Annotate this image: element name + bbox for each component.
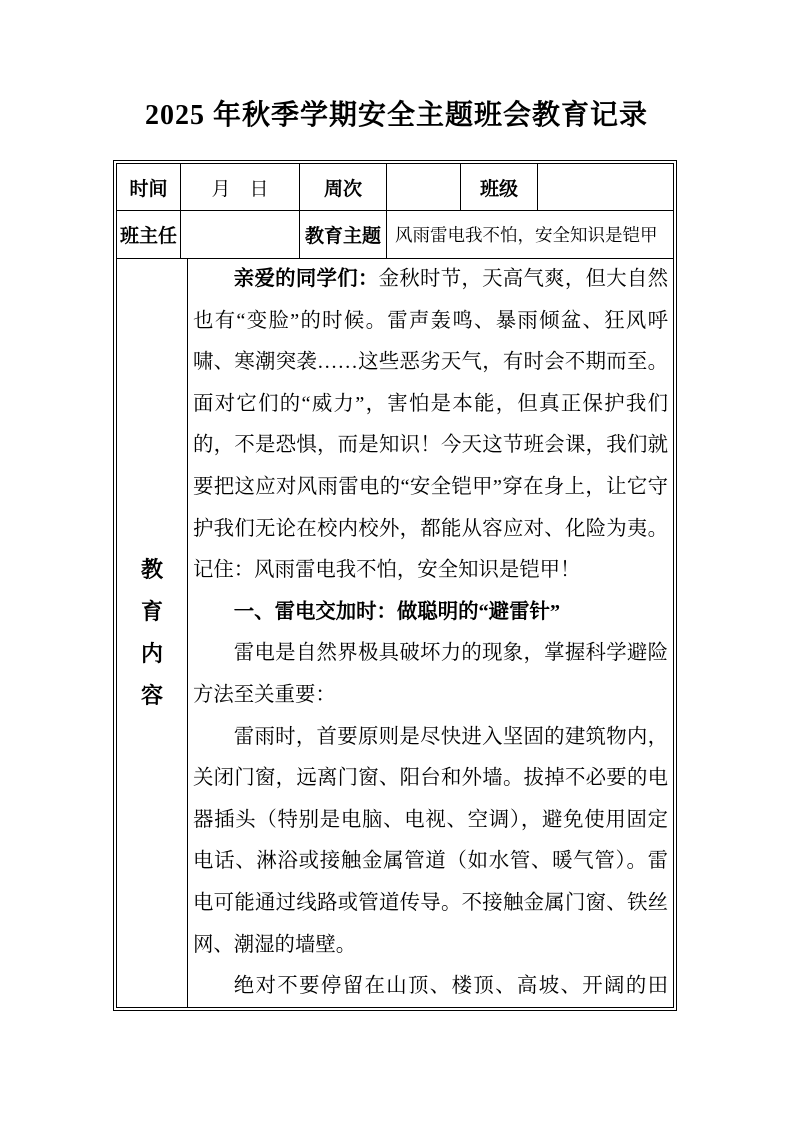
table-row-teacher: 班主任 教育主题 风雨雷电我不怕，安全知识是铠甲 [117,211,673,259]
content-label-char: 教 [141,559,163,581]
content-label-char: 容 [141,685,163,707]
document-page: 2025 年秋季学期安全主题班会教育记录 时间 月 日 周次 班级 班主任 教育… [0,0,793,1122]
content-label: 教 育 内 容 [117,259,188,1007]
week-label: 周次 [300,164,387,210]
paragraph-3: 雷雨时，首要原则是尽快进入坚固的建筑物内，关闭门窗，远离门窗、阳台和外墙。拔掉不… [193,717,668,967]
content-body: 亲爱的同学们：金秋时节，天高气爽，但大自然也有“变脸”的时候。雷声轰鸣、暴雨倾盆… [188,259,673,1007]
content-label-char: 内 [141,643,163,665]
paragraph-text: 金秋时节，天高气爽，但大自然也有“变脸”的时候。雷声轰鸣、暴雨倾盆、狂风呼啸、寒… [193,268,668,581]
class-value-field[interactable] [538,164,673,210]
theme-value: 风雨雷电我不怕，安全知识是铠甲 [387,211,673,258]
paragraph-lead: 亲爱的同学们： [234,268,379,290]
paragraph-intro: 亲爱的同学们：金秋时节，天高气爽，但大自然也有“变脸”的时候。雷声轰鸣、暴雨倾盆… [193,259,668,592]
content-label-char: 育 [141,601,163,623]
theme-label: 教育主题 [300,211,387,258]
time-value-field[interactable]: 月 日 [181,164,300,210]
paragraph-2: 雷电是自然界极具破坏力的现象，掌握科学避险方法至关重要： [193,633,668,716]
table-row-content: 教 育 内 容 亲爱的同学们：金秋时节，天高气爽，但大自然也有“变脸”的时候。雷… [117,259,673,1007]
class-label: 班级 [461,164,538,210]
time-label: 时间 [117,164,181,210]
section-heading-1: 一、雷电交加时：做聪明的“避雷针” [193,592,668,634]
teacher-label: 班主任 [117,211,181,258]
teacher-value-field[interactable] [181,211,300,258]
table-row-time: 时间 月 日 周次 班级 [117,164,673,211]
page-title: 2025 年秋季学期安全主题班会教育记录 [0,93,793,133]
paragraph-4: 绝对不要停留在山顶、楼顶、高坡、开阔的田野、水域（河边、湖边、海边）或孤立的树下… [193,966,668,1007]
record-table: 时间 月 日 周次 班级 班主任 教育主题 风雨雷电我不怕，安全知识是铠甲 教 … [113,160,677,1011]
week-value-field[interactable] [387,164,461,210]
